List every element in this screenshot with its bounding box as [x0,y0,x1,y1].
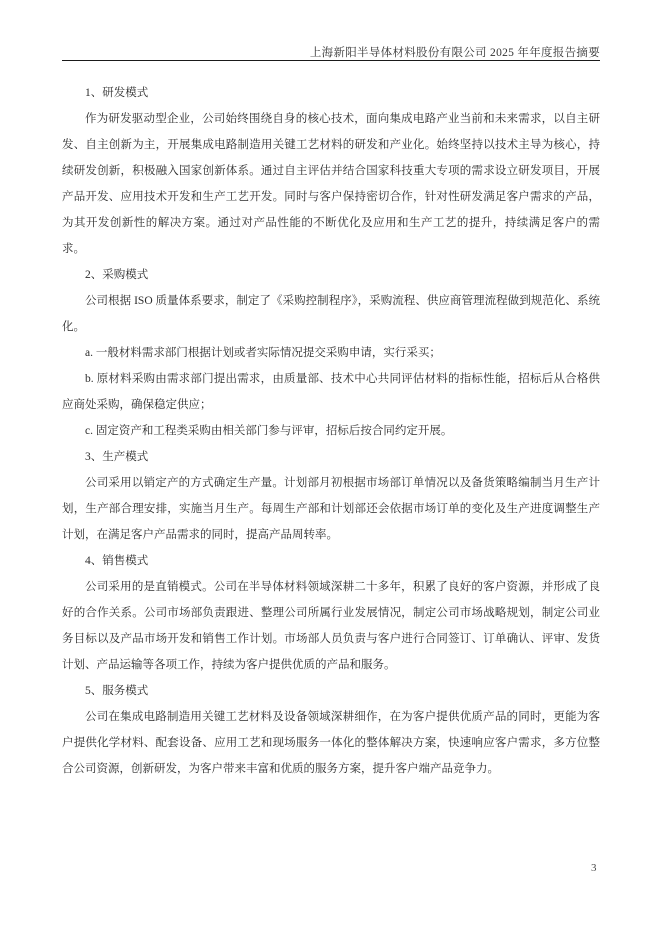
section-heading-production-model: 3、生产模式 [62,444,600,470]
document-body: 1、研发模式 作为研发驱动型企业，公司始终围绕自身的核心技术，面向集成电路产业当… [62,80,600,782]
paragraph: 作为研发驱动型企业，公司始终围绕自身的核心技术，面向集成电路产业当前和未来需求，… [62,106,600,262]
section-heading-procurement-model: 2、采购模式 [62,262,600,288]
paragraph: 公司采用以销定产的方式确定生产量。计划部月初根据市场部订单情况以及备货策略编制当… [62,470,600,548]
document-page: { "page": { "header": "上海新阳半导体材料股份有限公司 2… [0,0,662,936]
page-number: 3 [591,862,597,874]
report-header-title: 上海新阳半导体材料股份有限公司 2025 年年度报告摘要 [310,44,600,60]
list-item-a: a. 一般材料需求部门根据计划或者实际情况提交采购申请，实行采买； [62,340,600,366]
paragraph: 公司在集成电路制造用关键工艺材料及设备领域深耕细作，在为客户提供优质产品的同时，… [62,704,600,782]
list-item-c: c. 固定资产和工程类采购由相关部门参与评审，招标后按合同约定开展。 [62,418,600,444]
section-heading-service-model: 5、服务模式 [62,678,600,704]
list-item-b: b. 原材料采购由需求部门提出需求，由质量部、技术中心共同评估材料的指标性能，招… [62,366,600,418]
paragraph: 公司根据 ISO 质量体系要求，制定了《采购控制程序》，采购流程、供应商管理流程… [62,288,600,340]
paragraph: 公司采用的是直销模式。公司在半导体材料领域深耕二十多年，积累了良好的客户资源，并… [62,574,600,678]
section-heading-sales-model: 4、销售模式 [62,548,600,574]
header-divider-line [62,60,600,61]
section-heading-rd-model: 1、研发模式 [62,80,600,106]
